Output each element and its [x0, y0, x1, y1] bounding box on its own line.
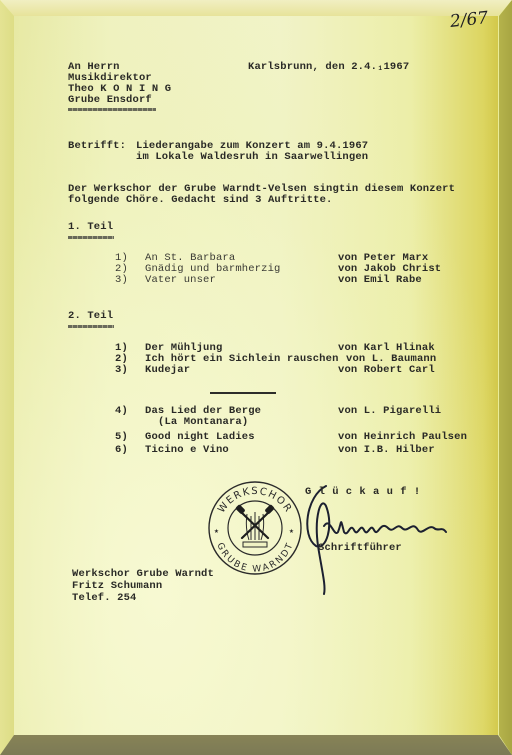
- part-3-item-6-num: 6): [115, 445, 128, 456]
- part-2-underline: [68, 325, 114, 328]
- frame-bevel-top: [0, 0, 512, 16]
- archive-number: 2/67: [449, 8, 489, 32]
- part-3-item-4-subtitle: (La Montanara): [158, 417, 248, 428]
- section-divider: [210, 392, 276, 394]
- subject-label: Betrifft:: [68, 141, 126, 152]
- closing-greeting: G l ü c k a u f !: [305, 487, 421, 498]
- recipient-line-4: Grube Ensdorf: [68, 95, 152, 106]
- part-3-item-5-num: 5): [115, 432, 128, 443]
- part-2-item-3-num: 3): [115, 365, 128, 376]
- recipient-underline: [68, 108, 156, 111]
- sender-line-3: Telef. 254: [72, 593, 137, 604]
- place-date: Karlsbrunn, den 2.4.₁1967: [248, 62, 409, 73]
- subject-line-2: im Lokale Waldesruh in Saarwellingen: [136, 152, 368, 163]
- body-line-2: folgende Chöre. Gedacht sind 3 Auftritte…: [68, 195, 333, 206]
- part-2-item-3-composer: von Robert Carl: [338, 365, 435, 376]
- sender-line-2: Fritz Schumann: [72, 581, 162, 592]
- signatory-role: Schriftführer: [318, 543, 402, 554]
- part-1-heading: 1. Teil: [68, 222, 113, 233]
- part-1-item-3-composer: von Emil Rabe: [338, 275, 422, 286]
- svg-text:★: ★: [289, 527, 294, 536]
- part-3-item-4-composer: von L. Pigarelli: [338, 406, 441, 417]
- frame-bevel-right: [496, 0, 512, 755]
- sender-line-1: Werkschor Grube Warndt: [72, 569, 214, 580]
- part-1-item-3-title: Vater unser: [145, 275, 216, 286]
- part-3-item-4-num: 4): [115, 406, 128, 417]
- part-1-underline: [68, 236, 114, 239]
- svg-text:★: ★: [214, 527, 219, 536]
- part-3-item-6-composer: von I.B. Hilber: [338, 445, 435, 456]
- werkschor-seal-icon: WERKSCHOR GRUBE WARNDT ★ ★: [205, 478, 305, 578]
- part-3-item-5-title: Good night Ladies: [145, 432, 255, 443]
- part-3-item-5-composer: von Heinrich Paulsen: [338, 432, 467, 443]
- frame-bevel-bottom: [0, 735, 512, 755]
- part-2-heading: 2. Teil: [68, 311, 113, 322]
- part-2-item-3-title: Kudejar: [145, 365, 190, 376]
- part-3-item-6-title: Ticino e Vino: [145, 445, 229, 456]
- part-1-item-3-num: 3): [115, 275, 128, 286]
